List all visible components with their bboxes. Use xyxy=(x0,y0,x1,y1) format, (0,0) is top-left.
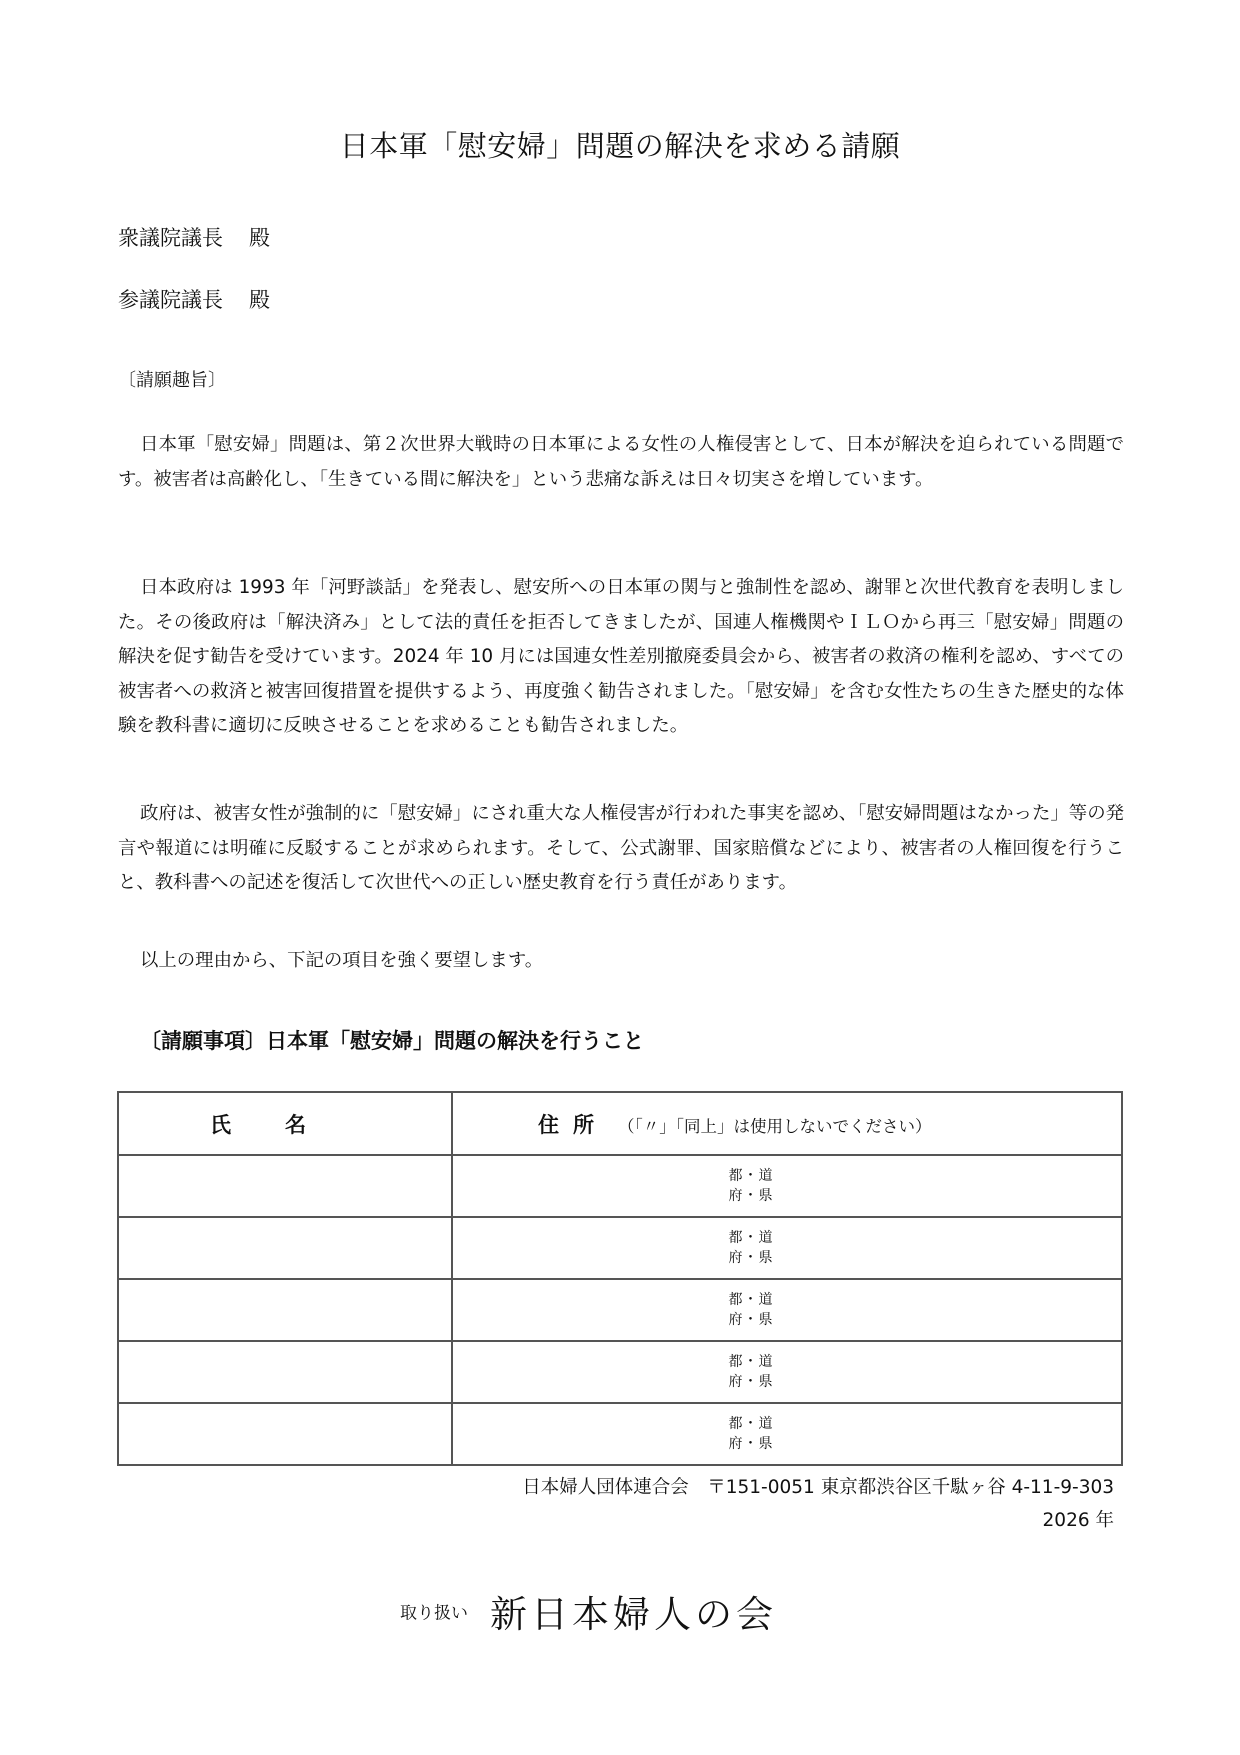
table-row: 都・道府・県 xyxy=(118,1403,1122,1465)
addressee-name: 参議院議長 xyxy=(118,288,223,312)
prefecture-suffix: 都・道府・県 xyxy=(417,1352,1085,1392)
handler-label: 取り扱い xyxy=(400,1604,468,1624)
organization-address: 日本婦人団体連合会 〒151-0051 東京都渋谷区千駄ヶ谷 4-11-9-30… xyxy=(522,1473,1114,1499)
handler-name: 新日本婦人の会 xyxy=(490,1593,777,1636)
table-row: 都・道府・県 xyxy=(118,1155,1122,1217)
name-field[interactable] xyxy=(118,1217,452,1279)
addressee-upper-house: 参議院議長殿 xyxy=(118,284,270,314)
paragraph-2: 日本政府は 1993 年「河野談話」を発表し、慰安所への日本軍の関与と強制性を認… xyxy=(118,571,1124,744)
addressee-name: 衆議院議長 xyxy=(118,226,223,250)
name-column-header: 氏名 xyxy=(118,1092,452,1155)
purpose-label: 〔請願趣旨〕 xyxy=(118,366,226,392)
addressee-honorific: 殿 xyxy=(249,288,270,312)
name-field[interactable] xyxy=(118,1279,452,1341)
address-header-note: （「〃」「同上」は使用しないでください） xyxy=(618,1117,932,1136)
table-header-row: 氏名 住所（「〃」「同上」は使用しないでください） xyxy=(118,1092,1122,1155)
table-row: 都・道府・県 xyxy=(118,1279,1122,1341)
address-field[interactable]: 都・道府・県 xyxy=(452,1279,1122,1341)
handler: 取り扱い新日本婦人の会 xyxy=(400,1584,777,1638)
address-header-label: 住所 xyxy=(538,1113,608,1137)
address-field[interactable]: 都・道府・県 xyxy=(452,1403,1122,1465)
signature-table: 氏名 住所（「〃」「同上」は使用しないでください） 都・道府・県 都・道府・県 … xyxy=(117,1091,1123,1466)
address-field[interactable]: 都・道府・県 xyxy=(452,1341,1122,1403)
addressee-honorific: 殿 xyxy=(249,226,270,250)
prefecture-suffix: 都・道府・県 xyxy=(417,1414,1085,1454)
document-title: 日本軍「慰安婦」問題の解決を求める請願 xyxy=(0,124,1240,165)
prefecture-suffix: 都・道府・県 xyxy=(417,1166,1085,1206)
paragraph-1: 日本軍「慰安婦」問題は、第２次世界大戦時の日本軍による女性の人権侵害として、日本… xyxy=(118,428,1124,497)
address-field[interactable]: 都・道府・県 xyxy=(452,1217,1122,1279)
address-field[interactable]: 都・道府・県 xyxy=(452,1155,1122,1217)
table-row: 都・道府・県 xyxy=(118,1217,1122,1279)
paragraph-4: 以上の理由から、下記の項目を強く要望します。 xyxy=(118,944,1124,979)
addressee-lower-house: 衆議院議長殿 xyxy=(118,222,270,252)
request-item-heading: 〔請願事項〕日本軍「慰安婦」問題の解決を行うこと xyxy=(140,1025,644,1055)
name-field[interactable] xyxy=(118,1155,452,1217)
document-year: 2026 年 xyxy=(1043,1506,1114,1532)
prefecture-suffix: 都・道府・県 xyxy=(417,1228,1085,1268)
address-column-header: 住所（「〃」「同上」は使用しないでください） xyxy=(452,1092,1122,1155)
name-field[interactable] xyxy=(118,1403,452,1465)
prefecture-suffix: 都・道府・県 xyxy=(417,1290,1085,1330)
paragraph-3: 政府は、被害女性が強制的に「慰安婦」にされ重大な人権侵害が行われた事実を認め、「… xyxy=(118,797,1124,901)
table-row: 都・道府・県 xyxy=(118,1341,1122,1403)
name-field[interactable] xyxy=(118,1341,452,1403)
